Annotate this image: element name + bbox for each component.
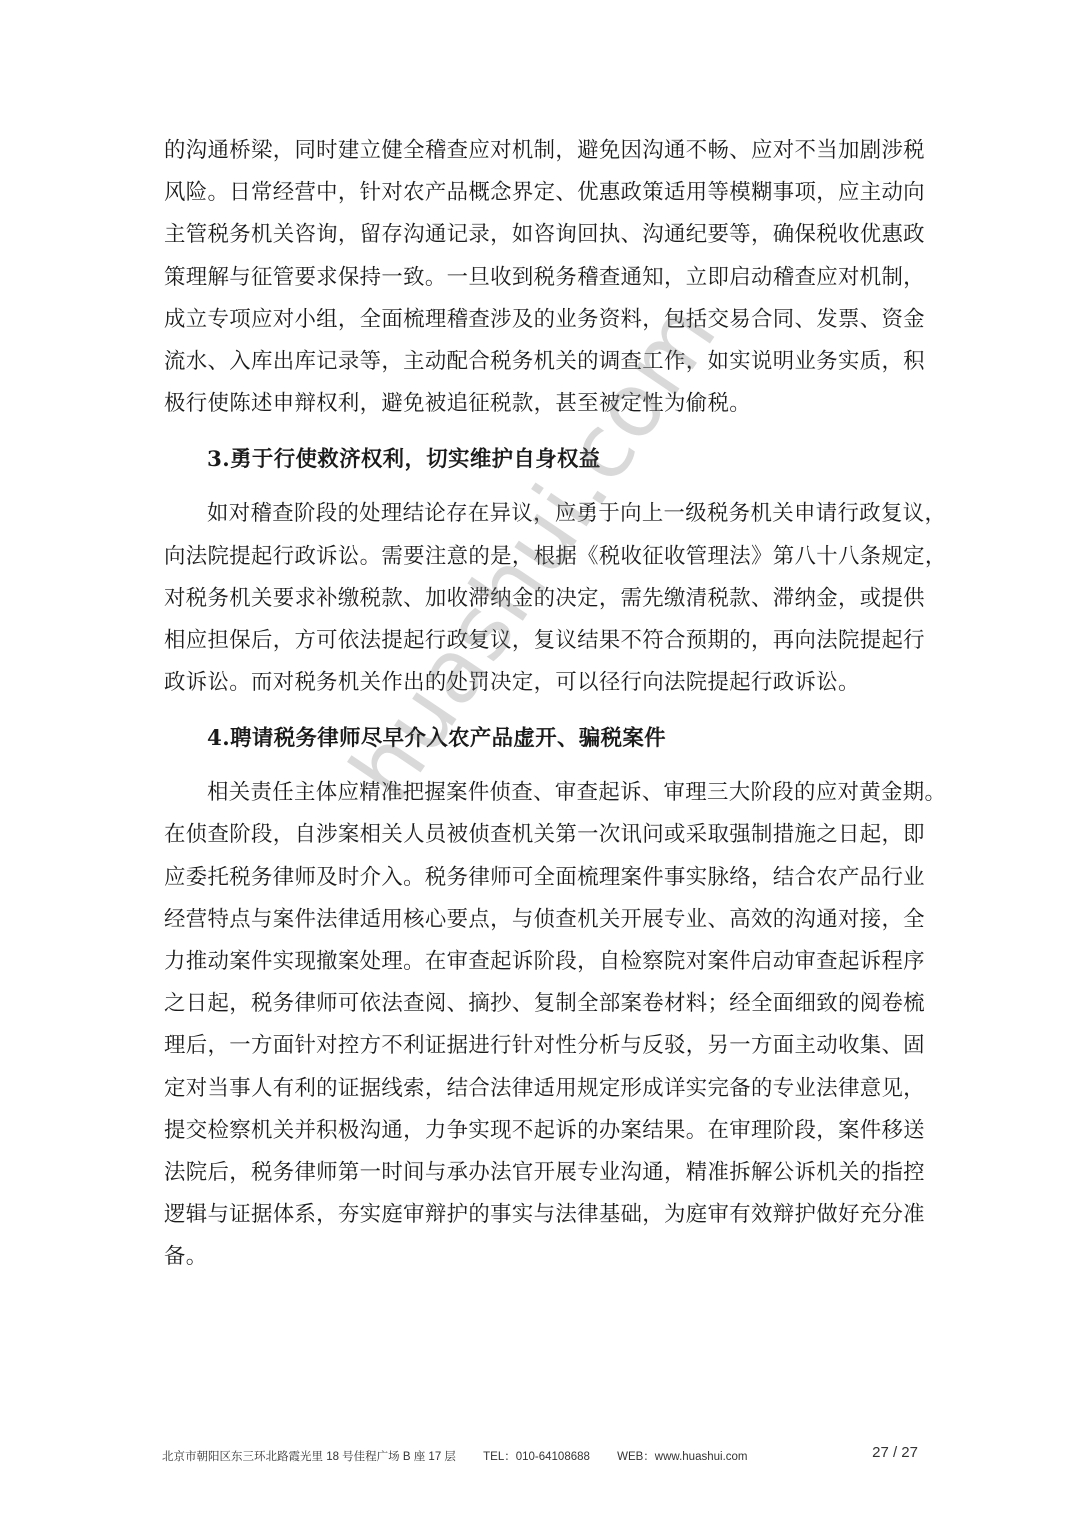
text-line: 力推动案件实现撤案处理。在审查起诉阶段，自检察院对案件启动审查起诉程序 bbox=[164, 941, 916, 983]
document-page: 的沟通桥梁，同时建立健全稽查应对机制，避免因沟通不畅、应对不当加剧涉税 风险。日… bbox=[0, 0, 1080, 1527]
text-line: 流水、入库出库记录等，主动配合税务机关的调查工作，如实说明业务实质，积 bbox=[164, 341, 916, 383]
text-line: 政诉讼。而对税务机关作出的处罚决定，可以径行向法院提起行政诉讼。 bbox=[164, 662, 916, 704]
page-footer: 北京市朝阳区东三环北路霞光里 18 号佳程广场 B 座 17 层 TEL：010… bbox=[162, 1444, 918, 1468]
paragraph-stakeholder-communication: 的沟通桥梁，同时建立健全稽查应对机制，避免因沟通不畅、应对不当加剧涉税 风险。日… bbox=[164, 130, 916, 425]
text-line: 备。 bbox=[164, 1236, 916, 1278]
text-line: 提交检察机关并积极沟通，力争实现不起诉的办案结果。在审理阶段，案件移送 bbox=[164, 1110, 916, 1152]
page-content: 的沟通桥梁，同时建立健全稽查应对机制，避免因沟通不畅、应对不当加剧涉税 风险。日… bbox=[164, 130, 916, 1279]
page-number: 27 / 27 bbox=[872, 1444, 918, 1461]
footer-tel: TEL：010-64108688 bbox=[483, 1451, 590, 1463]
section-heading-3: 3.勇于行使救济权利，切实维护自身权益 bbox=[164, 439, 916, 481]
text-line: 策理解与征管要求保持一致。一旦收到税务稽查通知，立即启动稽查应对机制， bbox=[164, 257, 916, 299]
text-line: 应委托税务律师及时介入。税务律师可全面梳理案件事实脉络，结合农产品行业 bbox=[164, 857, 916, 899]
footer-address: 北京市朝阳区东三环北路霞光里 18 号佳程广场 B 座 17 层 bbox=[162, 1451, 456, 1463]
text-line: 法院后，税务律师第一时间与承办法官开展专业沟通，精准拆解公诉机关的指控 bbox=[164, 1152, 916, 1194]
text-line: 风险。日常经营中，针对农产品概念界定、优惠政策适用等模糊事项，应主动向 bbox=[164, 172, 916, 214]
paragraph-tax-lawyer: 相关责任主体应精准把握案件侦查、审查起诉、审理三大阶段的应对黄金期。 在侦查阶段… bbox=[164, 772, 916, 1278]
text-line: 向法院提起行政诉讼。需要注意的是，根据《税收征收管理法》第八十八条规定， bbox=[164, 536, 916, 578]
text-line: 逻辑与证据体系，夯实庭审辩护的事实与法律基础，为庭审有效辩护做好充分准 bbox=[164, 1194, 916, 1236]
text-line: 之日起，税务律师可依法查阅、摘抄、复制全部案卷材料；经全面细致的阅卷梳 bbox=[164, 983, 916, 1025]
text-line: 的沟通桥梁，同时建立健全稽查应对机制，避免因沟通不畅、应对不当加剧涉税 bbox=[164, 130, 916, 172]
text-line: 成立专项应对小组，全面梳理稽查涉及的业务资料，包括交易合同、发票、资金 bbox=[164, 299, 916, 341]
text-line: 理后，一方面针对控方不利证据进行针对性分析与反驳，另一方面主动收集、固 bbox=[164, 1025, 916, 1067]
text-line: 相关责任主体应精准把握案件侦查、审查起诉、审理三大阶段的应对黄金期。 bbox=[164, 772, 916, 814]
text-line: 经营特点与案件法律适用核心要点，与侦查机关开展专业、高效的沟通对接，全 bbox=[164, 899, 916, 941]
text-line: 主管税务机关咨询，留存沟通记录，如咨询回执、沟通纪要等，确保税收优惠政 bbox=[164, 214, 916, 256]
text-line: 在侦查阶段，自涉案相关人员被侦查机关第一次讯问或采取强制措施之日起，即 bbox=[164, 814, 916, 856]
text-line: 如对稽查阶段的处理结论存在异议，应勇于向上一级税务机关申请行政复议， bbox=[164, 493, 916, 535]
footer-web: WEB：www.huashui.com bbox=[617, 1451, 747, 1463]
text-line: 对税务机关要求补缴税款、加收滞纳金的决定，需先缴清税款、滞纳金，或提供 bbox=[164, 578, 916, 620]
text-line: 相应担保后，方可依法提起行政复议，复议结果不符合预期的，再向法院提起行 bbox=[164, 620, 916, 662]
paragraph-remedy-rights: 如对稽查阶段的处理结论存在异议，应勇于向上一级税务机关申请行政复议， 向法院提起… bbox=[164, 493, 916, 704]
footer-contact-info: 北京市朝阳区东三环北路霞光里 18 号佳程广场 B 座 17 层 TEL：010… bbox=[162, 1448, 771, 1464]
section-heading-4: 4.聘请税务律师尽早介入农产品虚开、骗税案件 bbox=[164, 718, 916, 760]
text-line: 极行使陈述申辩权利，避免被追征税款，甚至被定性为偷税。 bbox=[164, 383, 916, 425]
text-line: 定对当事人有利的证据线索，结合法律适用规定形成详实完备的专业法律意见， bbox=[164, 1068, 916, 1110]
